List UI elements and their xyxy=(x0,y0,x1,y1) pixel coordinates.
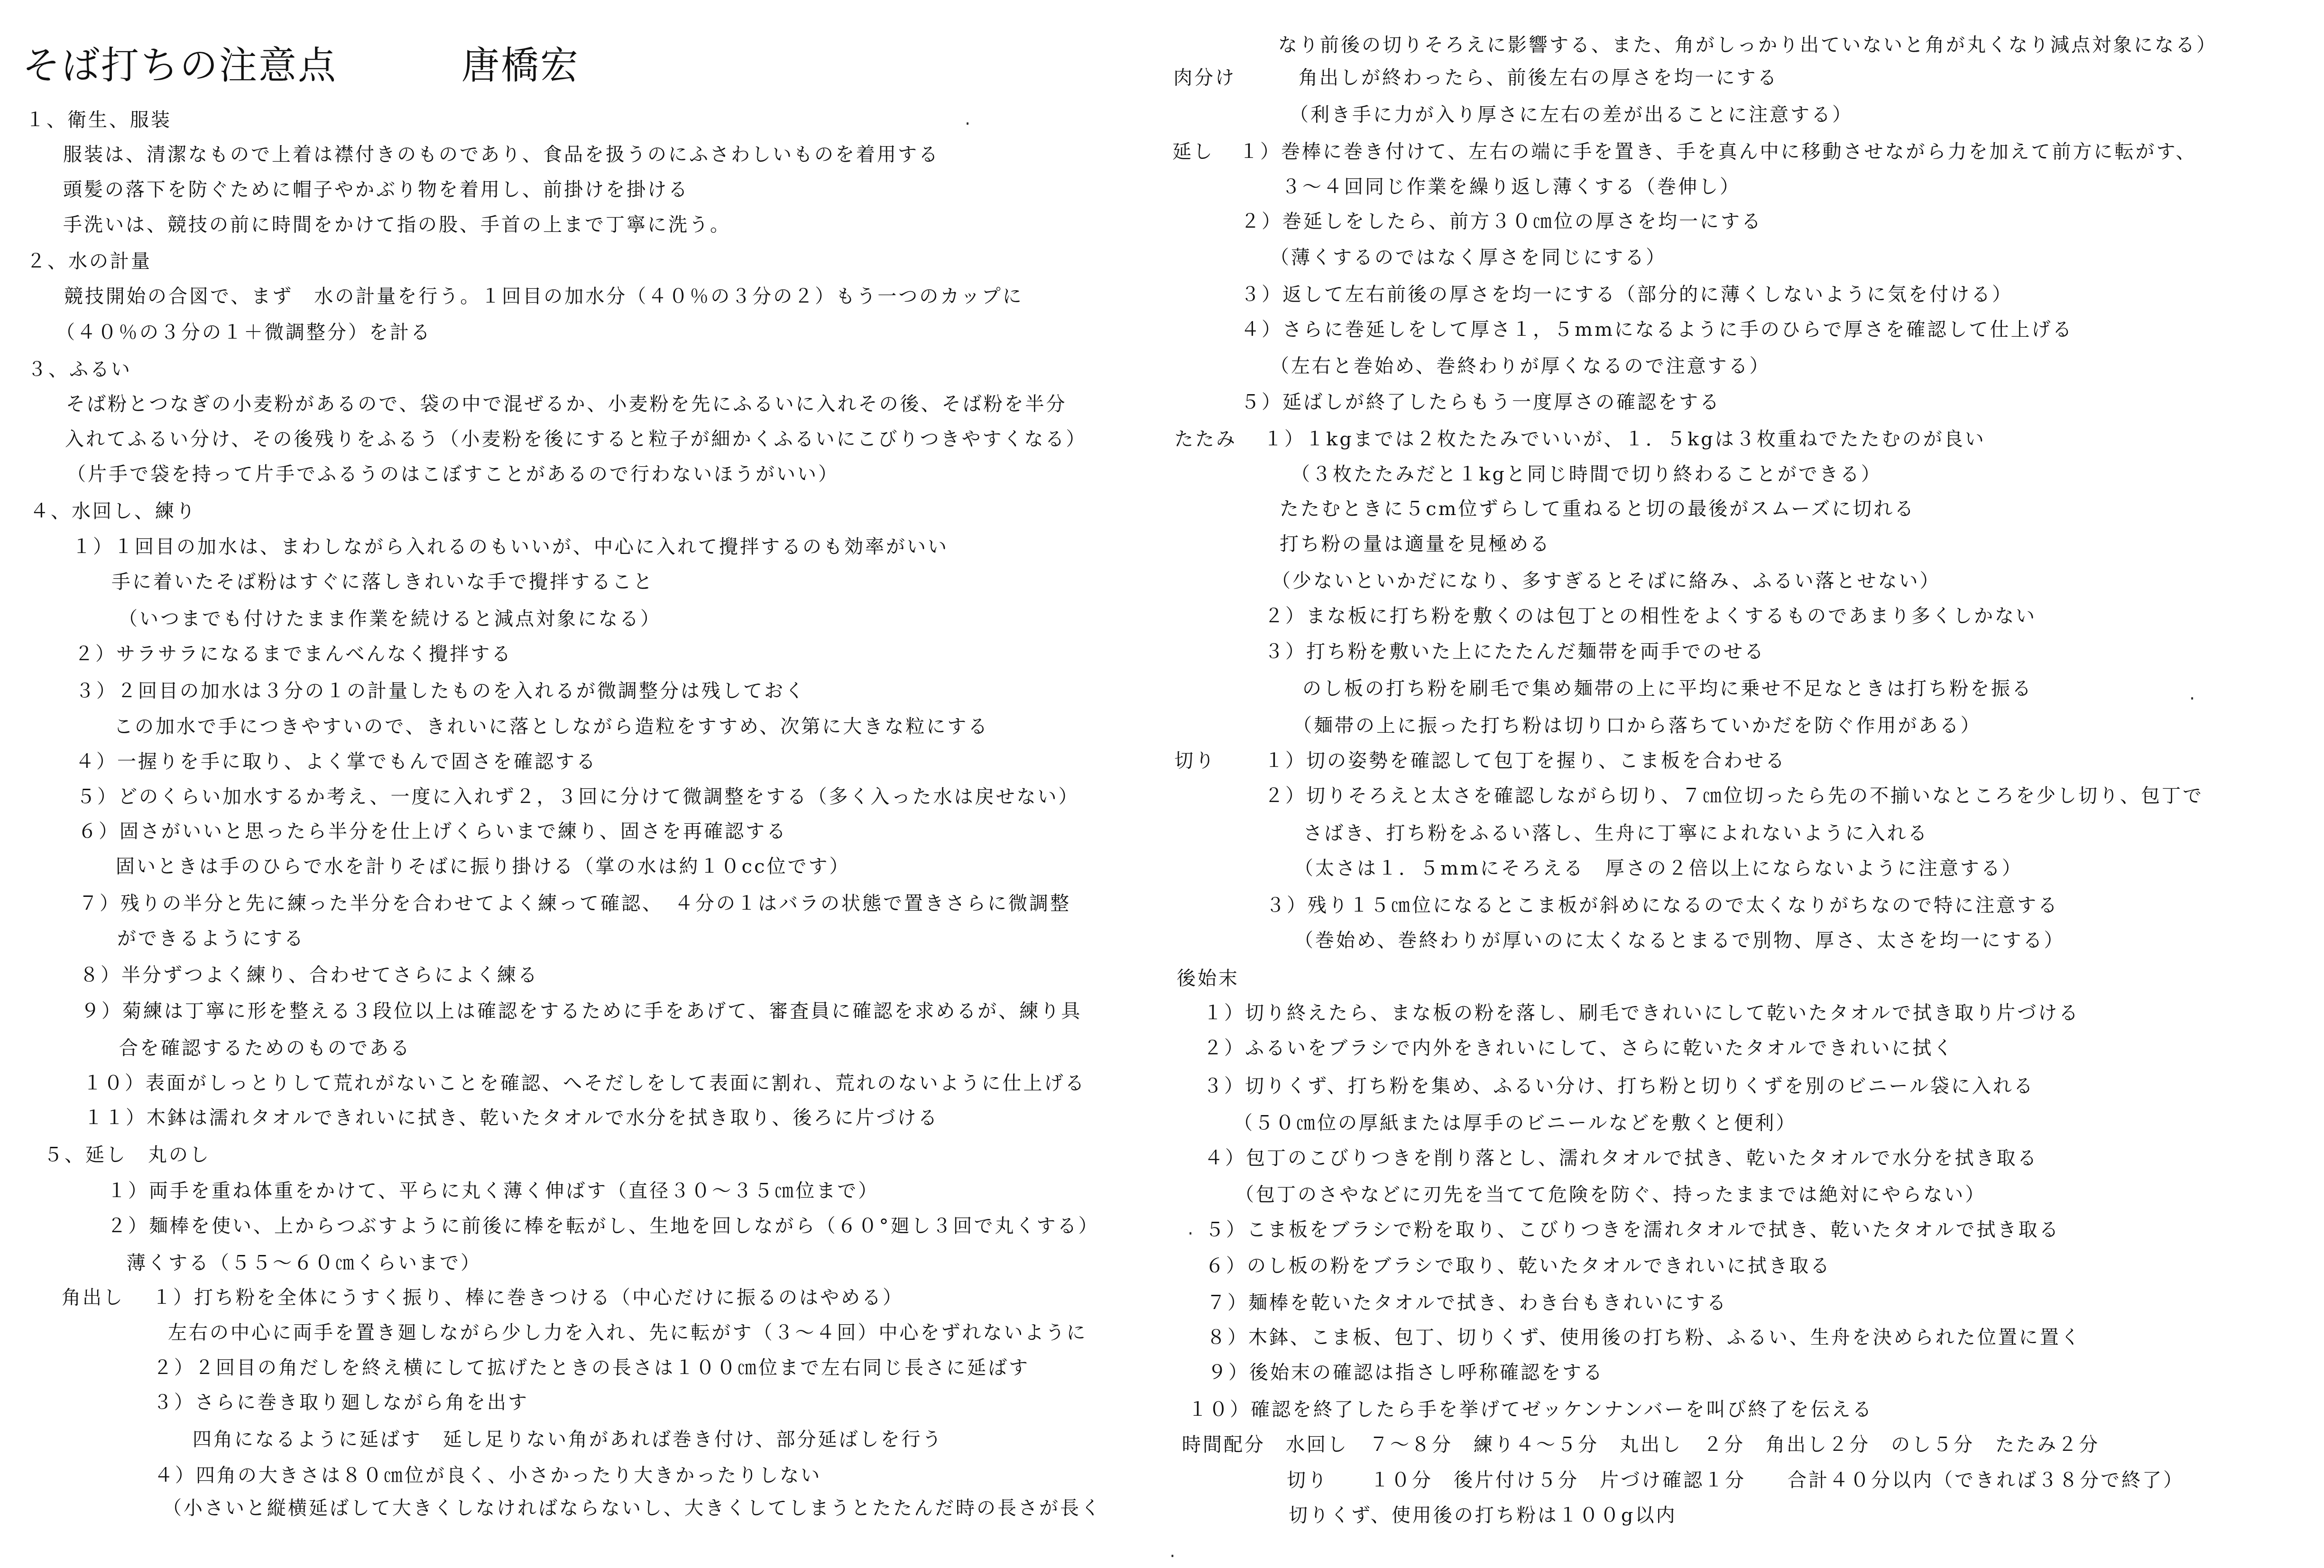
subsection-label-atoshimatsu: 後始末 xyxy=(1177,967,1239,990)
subsection-label-nikuwake: 肉分け xyxy=(1173,66,1236,89)
list-item: ５）こま板をブラシで粉を取り、こびりつきを濡れタオルで拭き、乾いたタオルで拭き取… xyxy=(1205,1218,2060,1241)
list-item: ４）さらに巻延しをして厚さ１，５mmになるように手のひらで厚さを確認して仕上げる xyxy=(1241,318,2073,341)
list-item: １）巻棒に巻き付けて、左右の端に手を置き、手を真ん中に移動させながら力を加えて前… xyxy=(1239,140,2196,163)
list-item: ９）後始末の確認は指さし呼称確認をする xyxy=(1208,1361,1604,1384)
scan-speck xyxy=(1190,1232,1191,1235)
list-item: ３）返して左右前後の厚さを均一にする（部分的に薄くしないように気を付ける） xyxy=(1241,283,2013,306)
list-item: ５）延ばしが終了したらもう一度厚さの確認をする xyxy=(1241,391,1721,414)
list-item-note: （３枚たたみだと１kgと同じ時間で切り終わることができる） xyxy=(1291,463,1882,486)
list-item-note: （５０㎝位の厚紙または厚手のビニールなどを敷くと便利） xyxy=(1234,1112,1797,1134)
list-item-continuation: 打ち粉の量は適量を見極める xyxy=(1280,533,1551,555)
list-item: ７）麺棒を乾いたタオルで拭き、わき台もきれいにする xyxy=(1207,1291,1727,1314)
list-item-note: （左右と巻始め、巻終わりが厚くなるので注意する） xyxy=(1270,355,1770,378)
list-item-continuation: たたむときに５cm位ずらして重ねると切の最後がスムーズに切れる xyxy=(1280,498,1915,520)
list-item: １）切の姿勢を確認して包丁を握り、こま板を合わせる xyxy=(1264,749,1786,772)
document-page: そば打ちの注意点 唐橋宏 １、衛生、服装 服装は、清潔なもので上着は襟付きのもの… xyxy=(0,0,2324,1568)
scan-speck xyxy=(967,122,968,125)
list-item-note: （巻始め、巻終わりが厚いのに太くなるとまるで別物、厚さ、太さを均一にする） xyxy=(1294,929,2065,952)
list-item: ２）巻延しをしたら、前方３０㎝位の厚さを均一にする xyxy=(1241,210,1762,233)
body-line: 角出しが終わったら、前後左右の厚さを均一にする xyxy=(1299,66,1779,89)
list-item: １）１kgまでは２枚たたみでいいが、１．５kgは３枚重ねでたたむのが良い xyxy=(1263,428,1986,451)
subsection-label-kiri: 切り xyxy=(1174,749,1216,772)
list-item-note: （薄くするのではなく厚さを同じにする） xyxy=(1270,246,1667,269)
list-item: ６）のし板の粉をブラシで取り、乾いたタオルできれいに拭き取る xyxy=(1205,1254,1831,1277)
list-item: ３）打ち粉を敷いた上にたたんだ麺帯を両手でのせる xyxy=(1264,640,1765,663)
right-column: なり前後の切りそろえに影響する、また、角がしっかり出ていないと角が丸くなり減点対… xyxy=(0,0,2324,1568)
list-item-note: （少ないといかだになり、多すぎるとそばに絡み、ふるい落とせない） xyxy=(1272,570,1940,592)
scan-speck xyxy=(2191,697,2193,700)
time-allocation-line: 水回し ７～８分 練り４～５分 丸出し ２分 角出し２分 のし５分 たたみ２分 xyxy=(1286,1433,2100,1456)
subsection-label-tatami: たたみ xyxy=(1174,428,1237,451)
time-allocation-line: 切り １０分 後片付け５分 片づけ確認１分 合計４０分以内（できれば３８分で終了… xyxy=(1287,1469,2184,1492)
list-item: ８）木鉢、こま板、包丁、切りくず、使用後の打ち粉、ふるい、生舟を決められた位置に… xyxy=(1207,1326,2082,1349)
list-item: １０）確認を終了したら手を挙げてゼッケンナンバーを叫び終了を伝える xyxy=(1188,1398,1873,1421)
list-item-note: （麺帯の上に振った打ち粉は切り口から落ちていかだを防ぐ作用がある） xyxy=(1293,714,1982,737)
continued-note: なり前後の切りそろえに影響する、また、角がしっかり出ていないと角が丸くなり減点対… xyxy=(1278,34,2217,56)
body-note: （利き手に力が入り厚さに左右の差が出ることに注意する） xyxy=(1290,103,1853,126)
list-item: ２）切りそろえと太さを確認しながら切り、７㎝位切ったら先の不揃いなところを少し切… xyxy=(1264,784,2204,807)
time-allocation-line: 切りくず、使用後の打ち粉は１００g以内 xyxy=(1289,1504,1677,1527)
subsection-label-time-allocation: 時間配分 xyxy=(1182,1433,1265,1456)
list-item-note: （太さは１．５mmにそろえる 厚さの２倍以上にならないように注意する） xyxy=(1294,857,2023,880)
scan-speck xyxy=(1171,1555,1173,1557)
subsection-label-noshi: 延し xyxy=(1172,140,1214,163)
list-item-continuation: さばき、打ち粉をふるい落し、生舟に丁寧によれないように入れる xyxy=(1303,822,1928,845)
list-item-note: （包丁のさやなどに刃先を当てて危険を防ぐ、持ったままでは絶対にやらない） xyxy=(1235,1183,1986,1206)
list-item: ２）まな板に打ち粉を敷くのは包丁との相性をよくするものであまり多くしかない xyxy=(1264,605,2037,627)
list-item: ３）残り１５㎝位になるとこま板が斜めになるので太くなりがちなので特に注意する xyxy=(1266,894,2059,917)
list-item: ２）ふるいをブラシで内外をきれいにして、さらに乾いたタオルできれいに拭く xyxy=(1203,1037,1954,1060)
list-item: ３）切りくず、打ち粉を集め、ふるい分け、打ち粉と切りくずを別のビニール袋に入れる xyxy=(1203,1075,2035,1098)
list-item-continuation: のし板の打ち粉を刷毛で集め麺帯の上に平均に乗せ不足なときは打ち粉を振る xyxy=(1302,677,2033,700)
list-item-continuation: ３～４回同じ作業を繰り返し薄くする（巻伸し） xyxy=(1282,175,1741,198)
list-item: ４）包丁のこびりつきを削り落とし、濡れタオルで拭き、乾いたタオルで水分を拭き取る xyxy=(1204,1147,2038,1170)
list-item: １）切り終えたら、まな板の粉を落し、刷毛できれいにして乾いたタオルで拭き取り片づ… xyxy=(1203,1002,2080,1024)
